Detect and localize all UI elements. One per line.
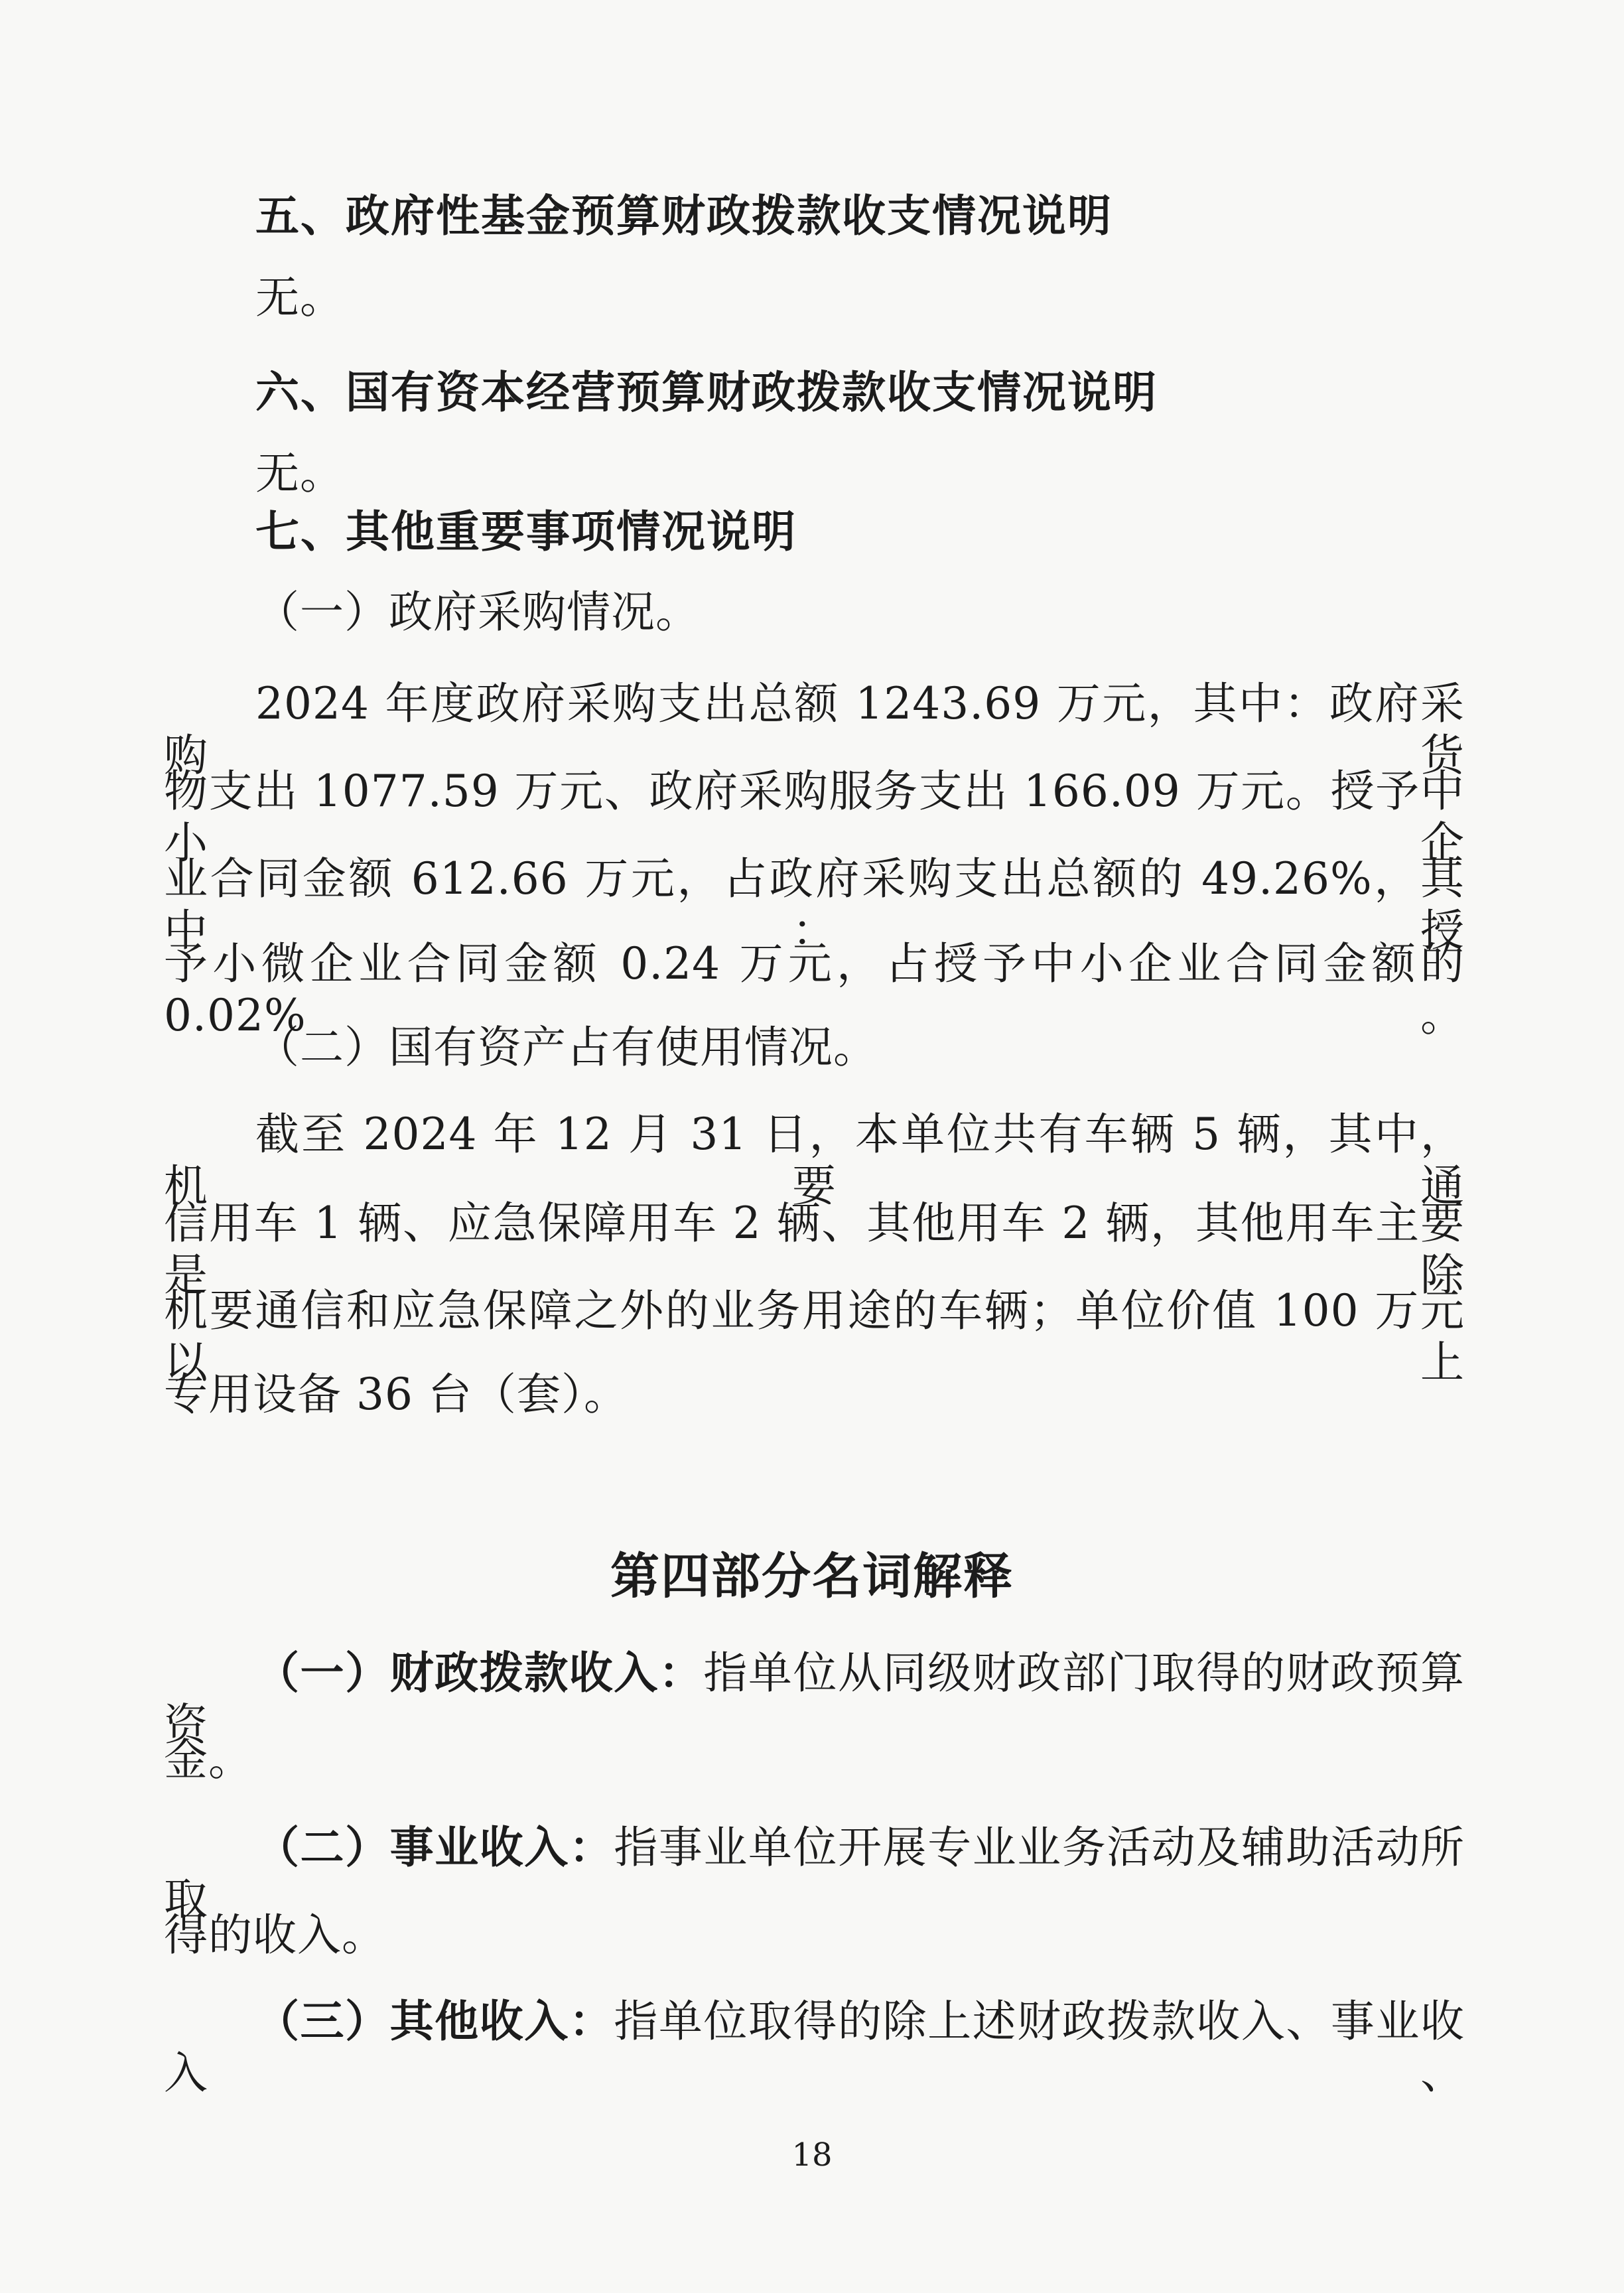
assets-line-4: 专用设备 36 台（套）。 xyxy=(164,1369,1465,1421)
definition-1-line-2: 金。 xyxy=(164,1734,1465,1786)
part4-title: 第四部分名词解释 xyxy=(0,1548,1624,1606)
section-5-heading: 五、政府性基金预算财政拨款收支情况说明 xyxy=(164,190,1465,242)
document-page: 五、政府性基金预算财政拨款收支情况说明 无。 六、国有资本经营预算财政拨款收支情… xyxy=(0,0,1624,2293)
definition-2-term: （二）事业收入： xyxy=(255,1821,614,1873)
section-7-heading: 七、其他重要事项情况说明 xyxy=(164,506,1465,558)
section-6-body: 无。 xyxy=(164,448,1465,500)
section-5-body: 无。 xyxy=(164,272,1465,324)
definition-3-term: （三）其他收入： xyxy=(255,1995,614,2047)
definition-2-line-2: 得的收入。 xyxy=(164,1910,1465,1961)
page-number: 18 xyxy=(0,2136,1624,2174)
definition-1-term: （一）财政拨款收入： xyxy=(255,1647,703,1699)
definition-3-line-1: （三）其他收入：指单位取得的除上述财政拨款收入、事业收入、 xyxy=(164,1996,1465,2099)
procurement-subheading: （一）政府采购情况。 xyxy=(164,587,1465,638)
section-6-heading: 六、国有资本经营预算财政拨款收支情况说明 xyxy=(164,367,1465,419)
assets-subheading: （二）国有资产占有使用情况。 xyxy=(164,1022,1465,1074)
assets-line-1: 截至 2024 年 12 月 31 日，本单位共有车辆 5 辆，其中，机要通 xyxy=(164,1109,1465,1212)
